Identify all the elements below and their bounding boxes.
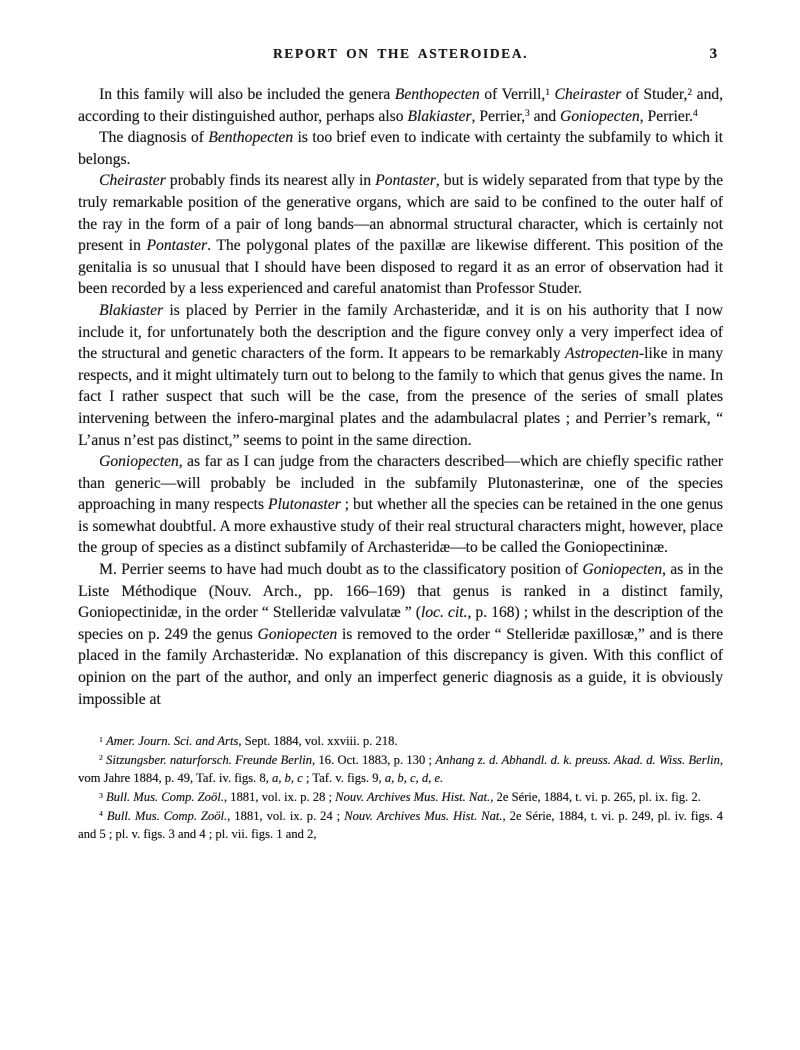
scanned-page: REPORT ON THE ASTEROIDEA. 3 In this fami… bbox=[0, 0, 800, 1050]
paragraph-4: Blakiaster is placed by Perrier in the f… bbox=[78, 300, 723, 451]
page-number: 3 bbox=[710, 46, 718, 63]
paragraph-2: The diagnosis of Benthopecten is too bri… bbox=[78, 127, 723, 170]
footnote-1: 1 Amer. Journ. Sci. and Arts, Sept. 1884… bbox=[78, 732, 723, 751]
footnote-3: 3 Bull. Mus. Comp. Zoöl., 1881, vol. ix.… bbox=[78, 788, 723, 807]
paragraph-6: M. Perrier seems to have had much doubt … bbox=[78, 559, 723, 710]
footnote-4: 4 Bull. Mus. Comp. Zoöl., 1881, vol. ix.… bbox=[78, 807, 723, 844]
paragraph-3: Cheiraster probably finds its nearest al… bbox=[78, 170, 723, 300]
body-text: In this family will also be included the… bbox=[78, 84, 723, 710]
page-title: REPORT ON THE ASTEROIDEA. bbox=[78, 46, 723, 62]
running-header: REPORT ON THE ASTEROIDEA. 3 bbox=[78, 46, 723, 64]
paragraph-1: In this family will also be included the… bbox=[78, 84, 723, 127]
footnotes: 1 Amer. Journ. Sci. and Arts, Sept. 1884… bbox=[78, 732, 723, 844]
footnote-2: 2 Sitzungsber. naturforsch. Freunde Berl… bbox=[78, 751, 723, 788]
paragraph-5: Goniopecten, as far as I can judge from … bbox=[78, 451, 723, 559]
